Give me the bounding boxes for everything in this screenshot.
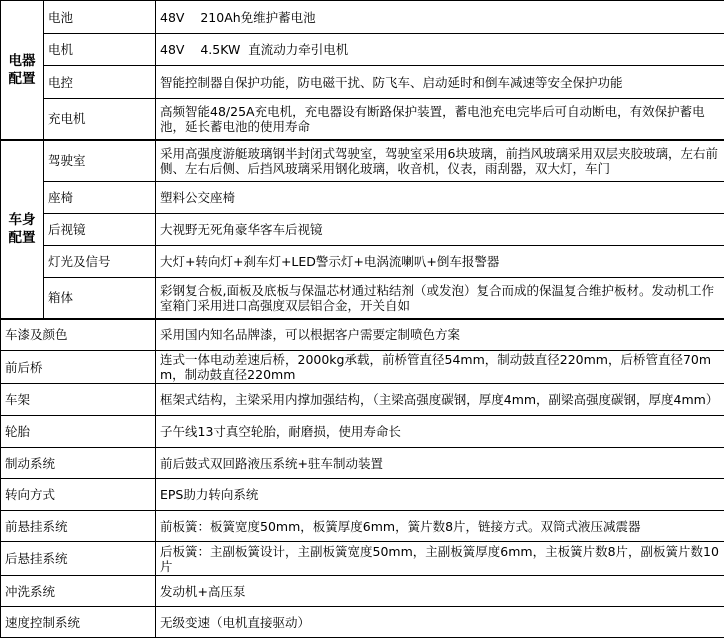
spec-label-cab: 驾驶室	[44, 140, 156, 182]
row-axles: 前后桥 连式一体电动差速后桥，2000kg承载，前桥管直径54mm，制动鼓直径2…	[1, 351, 724, 384]
spec-label-motor: 电机	[44, 34, 156, 66]
row-mirror: 后视镜 大视野无死角豪华客车后视镜	[1, 214, 724, 246]
row-battery: 电器配置 电池 48V 210Ah免维护蓄电池	[1, 1, 724, 34]
spec-value-frame: 框架式结构，主梁采用内撑加强结构，（主梁高强度碳钢，厚度4mm，副梁高强度碳钢，…	[156, 384, 724, 416]
spec-value-paint-color: 采用国内知名品牌漆，可以根据客户需要定制喷色方案	[156, 319, 724, 351]
row-cab: 车身配置 驾驶室 采用高强度游艇玻璃钢半封闭式驾驶室，驾驶室采用6块玻璃，前挡风…	[1, 140, 724, 182]
row-tires: 轮胎 子午线13寸真空轮胎，耐磨损，使用寿命长	[1, 416, 724, 448]
spec-label-rear-suspension: 后悬挂系统	[1, 542, 156, 576]
spec-value-controller: 智能控制器自保护功能，防电磁干扰、防飞车、启动延时和倒车减速等安全保护功能	[156, 66, 724, 99]
spec-label-brakes: 制动系统	[1, 448, 156, 479]
spec-label-front-suspension: 前悬挂系统	[1, 511, 156, 542]
vehicle-spec-table: 电器配置 电池 48V 210Ah免维护蓄电池 电机 48V 4.5KW 直流动…	[0, 0, 724, 638]
spec-label-mirror: 后视镜	[44, 214, 156, 246]
spec-value-tires: 子午线13寸真空轮胎，耐磨损，使用寿命长	[156, 416, 724, 448]
spec-label-box-body: 箱体	[44, 278, 156, 319]
spec-value-box-body: 彩钢复合板,面板及底板与保温芯材通过粘结剂（或发泡）复合而成的保温复合维护板材。…	[156, 278, 724, 319]
spec-value-motor: 48V 4.5KW 直流动力牵引电机	[156, 34, 724, 66]
row-brakes: 制动系统 前后鼓式双回路液压系统+驻车制动装置	[1, 448, 724, 479]
spec-label-lights-signals: 灯光及信号	[44, 246, 156, 278]
row-lights-signals: 灯光及信号 大灯+转向灯+刹车灯+LED警示灯+电涡流喇叭+倒车报警器	[1, 246, 724, 278]
spec-value-speed-control: 无级变速（电机直接驱动）	[156, 607, 724, 638]
spec-label-seat: 座椅	[44, 182, 156, 214]
spec-label-charger: 充电机	[44, 99, 156, 140]
spec-value-brakes: 前后鼓式双回路液压系统+驻车制动装置	[156, 448, 724, 479]
spec-label-battery: 电池	[44, 1, 156, 34]
row-front-suspension: 前悬挂系统 前板簧：板簧宽度50mm，板簧厚度6mm，簧片数8片，链接方式。双筒…	[1, 511, 724, 542]
row-motor: 电机 48V 4.5KW 直流动力牵引电机	[1, 34, 724, 66]
spec-label-frame: 车架	[1, 384, 156, 416]
group-header-electrical-config: 电器配置	[1, 1, 44, 140]
spec-label-controller: 电控	[44, 66, 156, 99]
row-paint-color: 车漆及颜色 采用国内知名品牌漆，可以根据客户需要定制喷色方案	[1, 319, 724, 351]
row-frame: 车架 框架式结构，主梁采用内撑加强结构，（主梁高强度碳钢，厚度4mm，副梁高强度…	[1, 384, 724, 416]
row-rear-suspension: 后悬挂系统 后板簧：主副板簧设计，主副板簧宽度50mm，主副板簧厚度6mm，主板…	[1, 542, 724, 576]
row-steering: 转向方式 EPS助力转向系统	[1, 479, 724, 511]
spec-value-mirror: 大视野无死角豪华客车后视镜	[156, 214, 724, 246]
row-controller: 电控 智能控制器自保护功能，防电磁干扰、防飞车、启动延时和倒车减速等安全保护功能	[1, 66, 724, 99]
spec-value-rear-suspension: 后板簧：主副板簧设计，主副板簧宽度50mm，主副板簧厚度6mm，主板簧片数8片，…	[156, 542, 724, 576]
row-washing-system: 冲洗系统 发动机+高压泵	[1, 576, 724, 607]
row-box-body: 箱体 彩钢复合板,面板及底板与保温芯材通过粘结剂（或发泡）复合而成的保温复合维护…	[1, 278, 724, 319]
spec-sheet-page: 电器配置 电池 48V 210Ah免维护蓄电池 电机 48V 4.5KW 直流动…	[0, 0, 724, 638]
spec-value-lights-signals: 大灯+转向灯+刹车灯+LED警示灯+电涡流喇叭+倒车报警器	[156, 246, 724, 278]
spec-label-washing-system: 冲洗系统	[1, 576, 156, 607]
spec-value-axles: 连式一体电动差速后桥，2000kg承载，前桥管直径54mm，制动鼓直径220mm…	[156, 351, 724, 384]
spec-value-charger: 高频智能48/25A充电机，充电器设有断路保护装置，蓄电池充电完毕后可自动断电，…	[156, 99, 724, 140]
row-seat: 座椅 塑料公交座椅	[1, 182, 724, 214]
spec-label-speed-control: 速度控制系统	[1, 607, 156, 638]
spec-value-battery: 48V 210Ah免维护蓄电池	[156, 1, 724, 34]
spec-label-axles: 前后桥	[1, 351, 156, 384]
spec-value-front-suspension: 前板簧：板簧宽度50mm，板簧厚度6mm，簧片数8片，链接方式。双筒式液压减震器	[156, 511, 724, 542]
row-charger: 充电机 高频智能48/25A充电机，充电器设有断路保护装置，蓄电池充电完毕后可自…	[1, 99, 724, 140]
spec-value-seat: 塑料公交座椅	[156, 182, 724, 214]
spec-value-cab: 采用高强度游艇玻璃钢半封闭式驾驶室，驾驶室采用6块玻璃，前挡风玻璃采用双层夹胶玻…	[156, 140, 724, 182]
row-speed-control: 速度控制系统 无级变速（电机直接驱动）	[1, 607, 724, 638]
spec-value-steering: EPS助力转向系统	[156, 479, 724, 511]
spec-label-steering: 转向方式	[1, 479, 156, 511]
group-header-body-config: 车身配置	[1, 140, 44, 319]
spec-value-washing-system: 发动机+高压泵	[156, 576, 724, 607]
spec-label-tires: 轮胎	[1, 416, 156, 448]
spec-label-paint-color: 车漆及颜色	[1, 319, 156, 351]
